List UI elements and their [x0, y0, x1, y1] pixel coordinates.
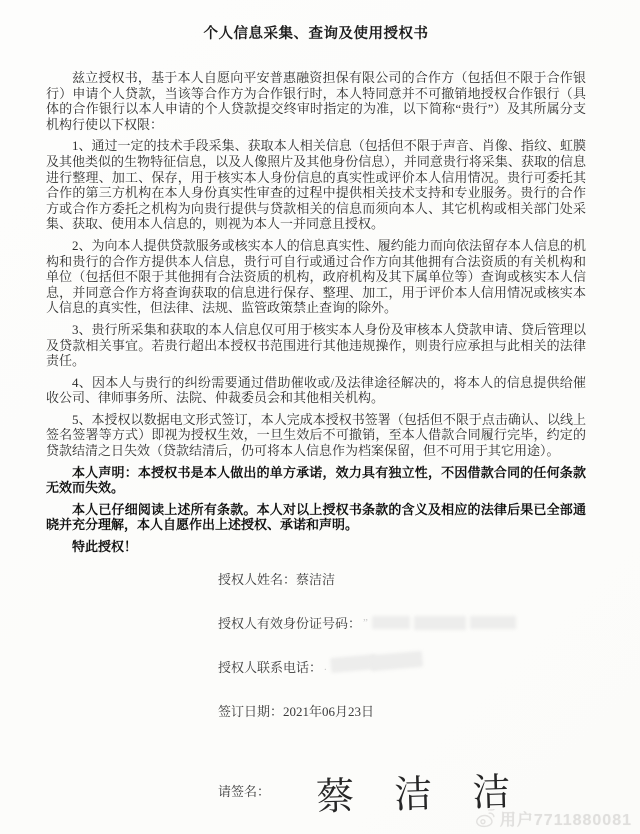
- watermark: 用户7711880081: [475, 807, 632, 830]
- document-paragraphs: 兹立授权书，基于本人自愿向平安普惠融资担保有限公司的合作方（包括但不限于合作银行…: [46, 70, 586, 555]
- authorizer-phone-label: 授权人联系电话：: [218, 657, 322, 676]
- signing-date-label: 签订日期：: [218, 701, 283, 720]
- authorizer-phone-row: 授权人联系电话：.: [218, 659, 586, 675]
- paragraph: 特此授权！: [46, 539, 586, 555]
- redacted-id-number: [470, 616, 516, 629]
- authorizer-name-value: 蔡洁洁: [296, 569, 335, 588]
- paragraph: 本人声明：本授权书是本人做出的单方承诺，效力具有独立性，不因借款合同的任何条款无…: [46, 465, 586, 496]
- paragraph: 2、为向本人提供贷款服务或核实本人的信息真实性、履约能力而向依法留存本人信息的机…: [46, 238, 586, 316]
- paragraph: 1、通过一定的技术手段采集、获取本人相关信息（包括但不限于声音、肖像、指纹、虹膜…: [46, 138, 586, 232]
- paragraph: 4、因本人与贵行的纠纷需要通过借助催收或/及法律途径解决的，将本人的信息提供给催…: [46, 375, 586, 406]
- redacted-id-number: [372, 616, 410, 629]
- redacted-id-number: [414, 616, 466, 630]
- paragraph: 兹立授权书，基于本人自愿向平安普惠融资担保有限公司的合作方（包括但不限于合作银行…: [46, 70, 586, 132]
- redacted-phone-number: [370, 650, 423, 670]
- signing-date-row: 签订日期：2021年06月23日: [218, 703, 586, 719]
- paragraph: 本人已仔细阅读上述所有条款。本人对以上授权书条款的含义及相应的法律后果已全部通晓…: [46, 502, 586, 533]
- document-page: 个人信息采集、查询及使用授权书 兹立授权书，基于本人自愿向平安普惠融资担保有限公…: [0, 0, 640, 834]
- signature-block: 授权人姓名：蔡洁洁 授权人有效身份证号码：” 授权人联系电话：. 签订日期：20…: [218, 571, 586, 821]
- authorizer-id-label: 授权人有效身份证号码：: [218, 613, 361, 632]
- paragraph: 3、贵行所采集和获取的本人信息仅可用于核实本人身份及审核本人贷款申请、贷后管理以…: [46, 322, 586, 369]
- paragraph: 5、本授权以数据电文形式签订，本人完成本授权书签署（包括但不限于点击确认、以线上…: [46, 412, 586, 459]
- weibo-icon: [475, 809, 497, 828]
- phone-faint-mark: .: [324, 661, 327, 673]
- id-faint-mark: ”: [363, 617, 368, 629]
- signing-date-value: 2021年06月23日: [283, 701, 374, 720]
- authorizer-id-row: 授权人有效身份证号码：”: [218, 615, 586, 631]
- watermark-text: 用户7711880081: [500, 807, 632, 830]
- sign-here-label: 请签名：: [218, 781, 270, 800]
- document-title: 个人信息采集、查询及使用授权书: [46, 22, 586, 43]
- authorizer-name-row: 授权人姓名：蔡洁洁: [218, 571, 586, 587]
- authorizer-name-label: 授权人姓名：: [218, 569, 296, 588]
